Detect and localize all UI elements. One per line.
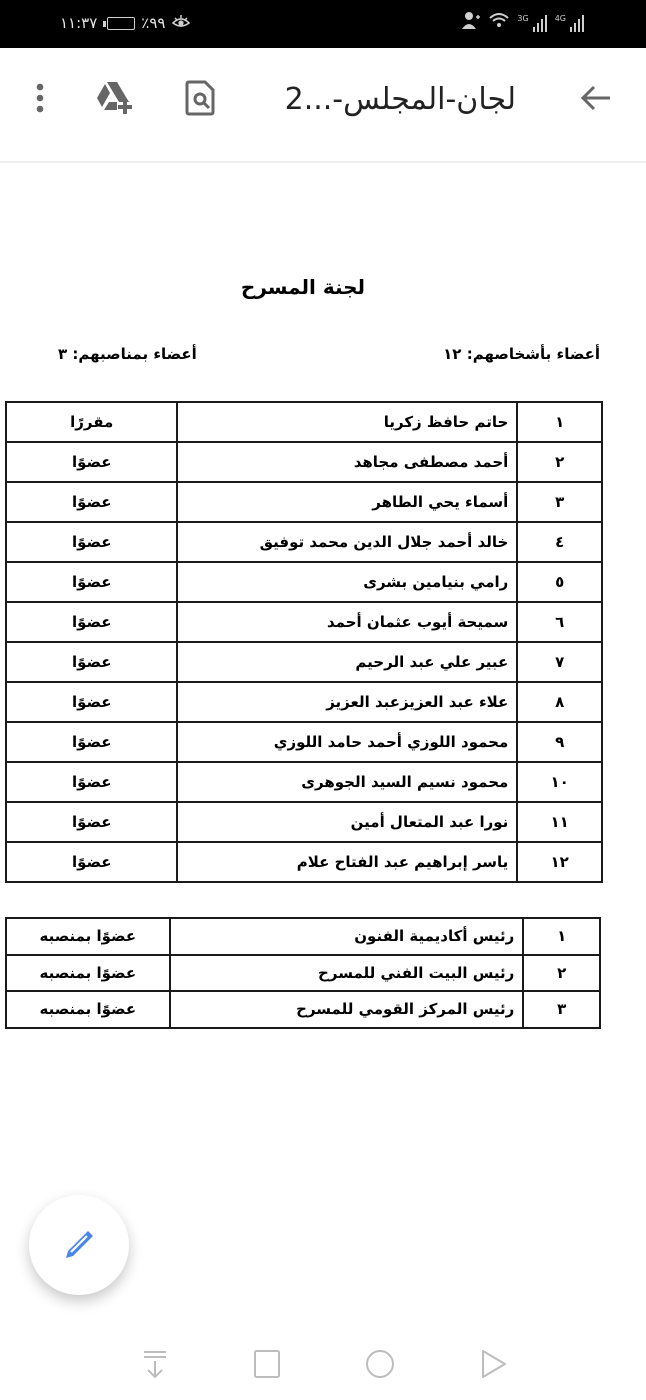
member-name: نورا عبد المتعال أمين xyxy=(177,802,517,842)
row-number: ١ xyxy=(517,402,602,442)
app-bar: لجان-المجلس-...2 xyxy=(0,48,646,163)
status-right: 3G 4G xyxy=(461,11,584,32)
pencil-edit-icon xyxy=(62,1228,96,1262)
member-name: عبير علي عبد الرحيم xyxy=(177,642,517,682)
battery-percent: ٪٩٩ xyxy=(141,14,165,32)
member-role: عضوًا xyxy=(6,682,177,722)
personal-members-count: أعضاء بأشخاصهم: ١٢ xyxy=(443,345,600,363)
notification-pull-icon xyxy=(142,1349,168,1379)
member-role: عضوًا xyxy=(6,602,177,642)
back-triangle-icon xyxy=(480,1349,508,1379)
document-title: لجان-المجلس-...2 xyxy=(285,82,516,117)
more-options-button[interactable] xyxy=(20,78,60,118)
status-bar: ١١:٣٧ ٪٩٩ 3G 4G xyxy=(0,0,646,48)
row-number: ٦ xyxy=(517,602,602,642)
member-role: عضوًا بمنصبه xyxy=(6,918,170,955)
row-number: ٣ xyxy=(523,991,600,1028)
table-row: ٦سميحة أيوب عثمان أحمدعضوًا xyxy=(6,602,602,642)
recents-button[interactable] xyxy=(249,1346,285,1382)
add-to-drive-icon xyxy=(95,80,135,116)
member-position: رئيس البيت الفني للمسرح xyxy=(170,955,524,992)
table-row: ٣أسماء يحي الطاهرعضوًا xyxy=(6,482,602,522)
back-arrow-icon xyxy=(580,84,612,112)
table-row: ١حاتم حافظ زكريامقررًا xyxy=(6,402,602,442)
edit-fab-button[interactable] xyxy=(29,1195,129,1295)
row-number: ٤ xyxy=(517,522,602,562)
position-members-count: أعضاء بمناصبهم: ٣ xyxy=(58,345,197,363)
member-role: عضوًا xyxy=(6,482,177,522)
row-number: ١٠ xyxy=(517,762,602,802)
table-row: ٢أحمد مصطفى مجاهدعضوًا xyxy=(6,442,602,482)
member-name: علاء عبد العزيزعبد العزيز xyxy=(177,682,517,722)
table-row: ٩محمود اللوزي أحمد حامد اللوزيعضوًا xyxy=(6,722,602,762)
member-name: ياسر إبراهيم عبد الفتاح علام xyxy=(177,842,517,882)
row-number: ٨ xyxy=(517,682,602,722)
committee-title: لجنة المسرح xyxy=(0,275,606,299)
row-number: ٢ xyxy=(523,955,600,992)
member-role: مقررًا xyxy=(6,402,177,442)
table-row: ٣رئيس المركز القومي للمسرحعضوًا بمنصبه xyxy=(6,991,600,1028)
member-name: حاتم حافظ زكريا xyxy=(177,402,517,442)
table-row: ٤خالد أحمد جلال الدين محمد توفيقعضوًا xyxy=(6,522,602,562)
row-number: ١ xyxy=(523,918,600,955)
more-vert-icon xyxy=(35,83,45,113)
member-role: عضوًا xyxy=(6,762,177,802)
battery-icon xyxy=(107,17,135,30)
back-button[interactable] xyxy=(576,78,616,118)
row-number: ٩ xyxy=(517,722,602,762)
row-number: ٢ xyxy=(517,442,602,482)
table-row: ١رئيس أكاديمية الفنونعضوًا بمنصبه xyxy=(6,918,600,955)
notification-pull-button[interactable] xyxy=(137,1346,173,1382)
row-number: ١٢ xyxy=(517,842,602,882)
row-number: ٥ xyxy=(517,562,602,602)
table-row: ٨علاء عبد العزيزعبد العزيزعضوًا xyxy=(6,682,602,722)
member-role: عضوًا بمنصبه xyxy=(6,955,170,992)
eye-comfort-icon xyxy=(171,13,191,33)
row-number: ١١ xyxy=(517,802,602,842)
system-back-button[interactable] xyxy=(476,1346,512,1382)
add-to-drive-button[interactable] xyxy=(95,78,135,118)
signal-4g-icon: 4G xyxy=(555,14,584,32)
member-role: عضوًا xyxy=(6,442,177,482)
member-name: محمود اللوزي أحمد حامد اللوزي xyxy=(177,722,517,762)
find-in-document-button[interactable] xyxy=(181,78,221,118)
member-role: عضوًا xyxy=(6,802,177,842)
position-members-table: ١رئيس أكاديمية الفنونعضوًا بمنصبه ٢رئيس … xyxy=(5,917,601,1029)
member-role: عضوًا xyxy=(6,642,177,682)
status-left: ١١:٣٧ ٪٩٩ xyxy=(60,13,191,33)
table-row: ١٢ياسر إبراهيم عبد الفتاح علامعضوًا xyxy=(6,842,602,882)
row-number: ٣ xyxy=(517,482,602,522)
wifi-icon xyxy=(489,11,509,32)
member-name: أسماء يحي الطاهر xyxy=(177,482,517,522)
find-in-document-icon xyxy=(185,80,217,116)
member-role: عضوًا xyxy=(6,522,177,562)
table-row: ١٠محمود نسيم السيد الجوهرىعضوًا xyxy=(6,762,602,802)
user-add-icon xyxy=(461,11,481,32)
home-button[interactable] xyxy=(362,1346,398,1382)
member-role: عضوًا بمنصبه xyxy=(6,991,170,1028)
table-row: ١١نورا عبد المتعال أمينعضوًا xyxy=(6,802,602,842)
personal-members-table: ١حاتم حافظ زكريامقررًا ٢أحمد مصطفى مجاهد… xyxy=(5,401,603,883)
recents-square-icon xyxy=(253,1349,281,1379)
member-role: عضوًا xyxy=(6,842,177,882)
member-position: رئيس أكاديمية الفنون xyxy=(170,918,524,955)
signal-3g-icon: 3G xyxy=(517,14,546,32)
row-number: ٧ xyxy=(517,642,602,682)
system-nav-bar xyxy=(0,1330,646,1400)
member-role: عضوًا xyxy=(6,562,177,602)
table-row: ٢رئيس البيت الفني للمسرحعضوًا بمنصبه xyxy=(6,955,600,992)
member-position: رئيس المركز القومي للمسرح xyxy=(170,991,524,1028)
member-name: رامي بنيامين بشرى xyxy=(177,562,517,602)
clock: ١١:٣٧ xyxy=(60,14,97,32)
member-name: سميحة أيوب عثمان أحمد xyxy=(177,602,517,642)
member-name: محمود نسيم السيد الجوهرى xyxy=(177,762,517,802)
member-name: خالد أحمد جلال الدين محمد توفيق xyxy=(177,522,517,562)
table-row: ٧عبير علي عبد الرحيمعضوًا xyxy=(6,642,602,682)
member-name: أحمد مصطفى مجاهد xyxy=(177,442,517,482)
home-circle-icon xyxy=(365,1349,395,1379)
table-row: ٥رامي بنيامين بشرىعضوًا xyxy=(6,562,602,602)
member-role: عضوًا xyxy=(6,722,177,762)
